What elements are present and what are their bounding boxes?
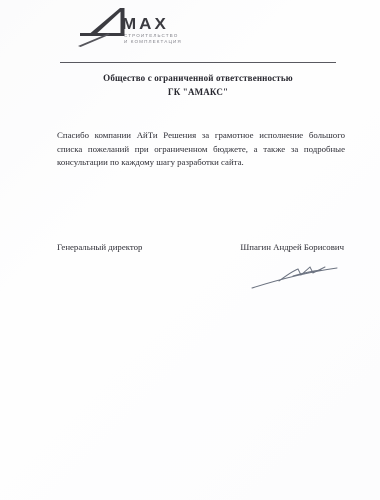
header-divider: [60, 62, 336, 63]
body-paragraph: Спасибо компании АйТи Решения за грамотн…: [57, 129, 345, 170]
logo-wordmark: MAX: [122, 15, 169, 33]
org-header: Общество с ограниченной ответственностью…: [60, 72, 336, 99]
signatory-name: Шпагин Андрей Борисович: [240, 242, 344, 252]
logo-tagline-line2: И КОМПЛЕКТАЦИЯ: [124, 39, 182, 44]
logo-a-mark: [78, 7, 128, 47]
signature-row: Генеральный директор Шпагин Андрей Борис…: [57, 242, 344, 252]
logo-tagline-line1: СТРОИТЕЛЬСТВО: [124, 33, 178, 38]
scanned-letter-page: MAX СТРОИТЕЛЬСТВО И КОМПЛЕКТАЦИЯ Обществ…: [0, 0, 380, 500]
org-name-line: ГК "АМАКС": [60, 86, 336, 100]
signatory-title: Генеральный директор: [57, 242, 142, 252]
handwritten-signature: [249, 262, 341, 294]
company-logo: MAX СТРОИТЕЛЬСТВО И КОМПЛЕКТАЦИЯ: [78, 7, 198, 47]
org-type-line: Общество с ограниченной ответственностью: [60, 72, 336, 86]
